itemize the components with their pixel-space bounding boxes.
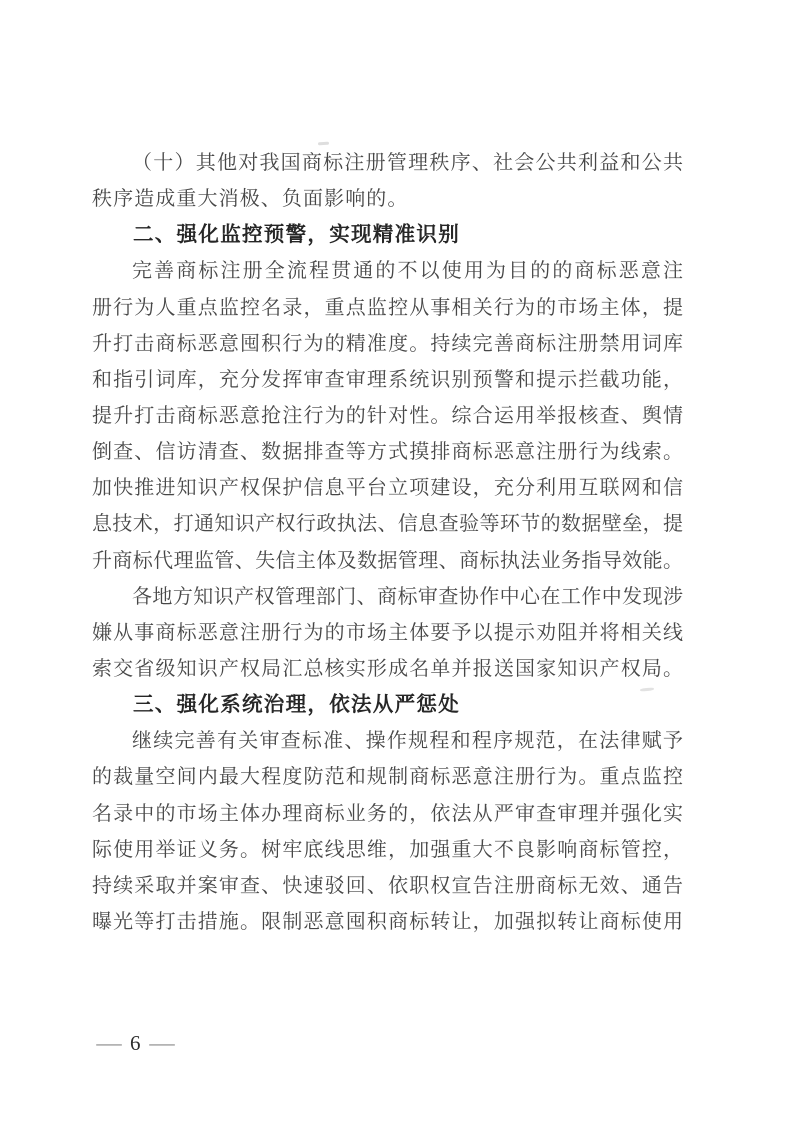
document-body: （十）其他对我国商标注册管理秩序、社会公共利益和公共 秩序造成重大消极、负面影响… <box>92 145 683 940</box>
paragraph-line: 各地方知识产权管理部门、商标审查协作中心在工作中发现涉 <box>92 579 683 615</box>
section-heading-2: 二、强化监控预警，实现精准识别 <box>92 217 683 253</box>
paragraph-line: 嫌从事商标恶意注册行为的市场主体要予以提示劝阻并将相关线 <box>92 615 683 651</box>
paragraph-line: 名录中的市场主体办理商标业务的，依法从严审查审理并强化实 <box>92 796 683 832</box>
paragraph-line: （十）其他对我国商标注册管理秩序、社会公共利益和公共 <box>92 145 683 181</box>
page-footer: — 6 — <box>98 1026 173 1060</box>
paragraph-line: 提升打击商标恶意抢注行为的针对性。综合运用举报核查、舆情 <box>92 398 683 434</box>
footer-dash-right: — <box>149 1026 174 1060</box>
paragraph-line: 持续采取并案审查、快速驳回、依职权宣告注册商标无效、通告 <box>92 868 683 904</box>
paragraph-line: 曝光等打击措施。限制恶意囤积商标转让，加强拟转让商标使用 <box>92 904 683 940</box>
section-heading: 三、强化系统治理，依法从严惩处 <box>92 687 683 723</box>
paragraph-line: 完善商标注册全流程贯通的不以使用为目的的商标恶意注 <box>92 253 683 289</box>
paragraph-line: 升打击商标恶意囤积行为的精准度。持续完善商标注册禁用词库 <box>92 326 683 362</box>
paragraph-line: 加快推进知识产权保护信息平台立项建设，充分利用互联网和信 <box>92 470 683 506</box>
paragraph-line: 索交省级知识产权局汇总核实形成名单并报送国家知识产权局。 <box>92 651 683 687</box>
paragraph: 完善商标注册全流程贯通的不以使用为目的的商标恶意注 册行为人重点监控名录，重点监… <box>92 253 683 578</box>
paragraph-line: 息技术，打通知识产权行政执法、信息查验等环节的数据壁垒，提 <box>92 506 683 542</box>
paragraph-line: 的裁量空间内最大程度防范和规制商标恶意注册行为。重点监控 <box>92 759 683 795</box>
paragraph-line: 秩序造成重大消极、负面影响的。 <box>92 181 683 217</box>
page-number: 6 <box>130 1026 141 1060</box>
section-heading-3: 三、强化系统治理，依法从严惩处 <box>92 687 683 723</box>
footer-dash-left: — <box>96 1026 121 1060</box>
paragraph-line: 际使用举证义务。树牢底线思维，加强重大不良影响商标管控， <box>92 832 683 868</box>
section-heading: 二、强化监控预警，实现精准识别 <box>92 217 683 253</box>
paragraph-line: 倒查、信访清查、数据排查等方式摸排商标恶意注册行为线索。 <box>92 434 683 470</box>
document-page: （十）其他对我国商标注册管理秩序、社会公共利益和公共 秩序造成重大消极、负面影响… <box>0 0 793 1122</box>
paragraph-line: 继续完善有关审查标准、操作规程和程序规范，在法律赋予 <box>92 723 683 759</box>
paragraph: 各地方知识产权管理部门、商标审查协作中心在工作中发现涉 嫌从事商标恶意注册行为的… <box>92 579 683 687</box>
paragraph-line: 和指引词库，充分发挥审查审理系统识别预警和提示拦截功能， <box>92 362 683 398</box>
paragraph: 继续完善有关审查标准、操作规程和程序规范，在法律赋予 的裁量空间内最大程度防范和… <box>92 723 683 940</box>
paragraph-line: 升商标代理监管、失信主体及数据管理、商标执法业务指导效能。 <box>92 543 683 579</box>
paragraph: （十）其他对我国商标注册管理秩序、社会公共利益和公共 秩序造成重大消极、负面影响… <box>92 145 683 217</box>
paragraph-line: 册行为人重点监控名录，重点监控从事相关行为的市场主体，提 <box>92 290 683 326</box>
